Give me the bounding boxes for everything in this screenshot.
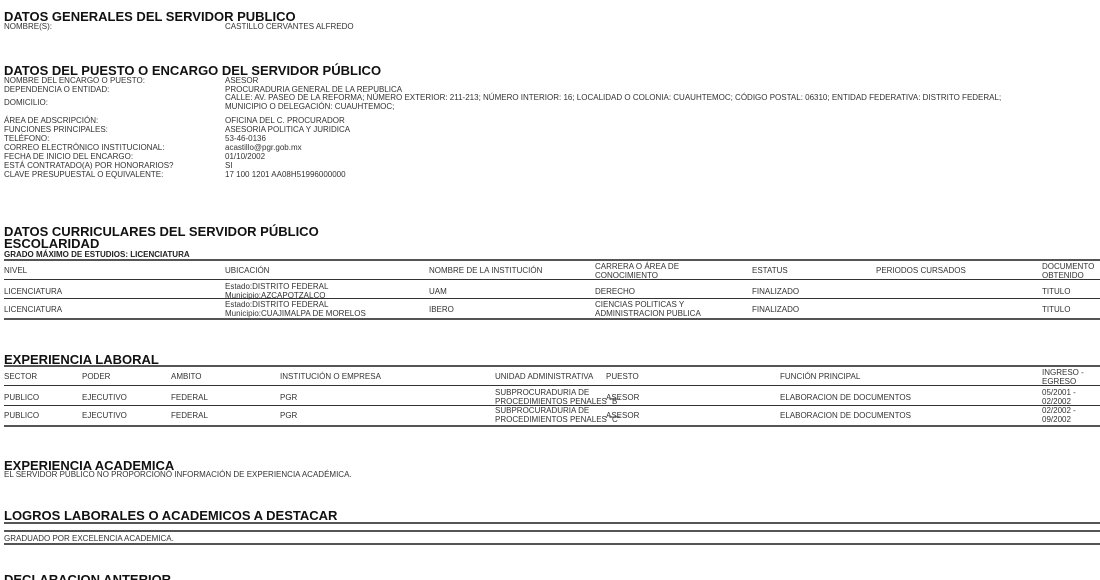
table-cell-sector: PUBLICO xyxy=(4,393,39,402)
table-cell-institucion: UAM xyxy=(429,287,447,296)
table-cell-unidad: SUBPROCURADURIA DEPROCEDIMIENTOS PENALES… xyxy=(495,406,621,424)
table-header-cell: PODER xyxy=(82,372,110,381)
table-header-cell: DOCUMENTOOBTENIDO xyxy=(1042,262,1094,280)
divider xyxy=(4,405,1100,406)
puesto-field-value: CALLE: AV. PASEO DE LA REFORMA; NÚMERO E… xyxy=(225,93,1001,102)
puesto-field-label: DOMICILIO: xyxy=(4,98,48,107)
puesto-field-value: ASESOR xyxy=(225,76,258,85)
puesto-field-value: 01/10/2002 xyxy=(225,152,265,161)
puesto-field-label: NOMBRE DEL ENCARGO O PUESTO: xyxy=(4,76,145,85)
correo-link[interactable]: acastillo@pgr.gob.mx xyxy=(225,143,302,152)
table-header-cell: PERIODOS CURSADOS xyxy=(876,266,966,275)
section-title-declaracion-anterior: DECLARACION ANTERIOR xyxy=(4,573,171,580)
table-header-cell: ESTATUS xyxy=(752,266,788,275)
table-header-cell: NOMBRE DE LA INSTITUCIÓN xyxy=(429,266,542,275)
table-cell-ambito: FEDERAL xyxy=(171,411,208,420)
divider xyxy=(4,279,1100,280)
table-cell-poder: EJECUTIVO xyxy=(82,411,127,420)
experiencia-academica-text: EL SERVIDOR PÚBLICO NO PROPORCIONÓ INFOR… xyxy=(4,470,352,479)
puesto-field-value: MUNICIPIO O DELEGACIÓN: CUAUHTEMOC; xyxy=(225,102,394,111)
table-cell-carrera: CIENCIAS POLITICAS YADMINISTRACION PUBLI… xyxy=(595,300,701,318)
divider xyxy=(4,318,1100,320)
table-cell-institucion: IBERO xyxy=(429,305,454,314)
section-title-logros: LOGROS LABORALES O ACADEMICOS A DESTACAR xyxy=(4,509,337,522)
table-header-cell: AMBITO xyxy=(171,372,202,381)
divider xyxy=(4,385,1100,386)
divider xyxy=(4,365,1100,367)
table-cell-carrera: DERECHO xyxy=(595,287,635,296)
table-header-cell: SECTOR xyxy=(4,372,37,381)
puesto-field-label: CORREO ELECTRÓNICO INSTITUCIONAL: xyxy=(4,143,164,152)
table-cell-periodo: 02/2002 -09/2002 xyxy=(1042,406,1076,424)
table-cell-documento: TITULO xyxy=(1042,287,1070,296)
table-cell-funcion: ELABORACION DE DOCUMENTOS xyxy=(780,393,911,402)
table-cell-nivel: LICENCIATURA xyxy=(4,305,62,314)
table-cell-poder: EJECUTIVO xyxy=(82,393,127,402)
table-cell-ambito: FEDERAL xyxy=(171,393,208,402)
divider xyxy=(4,522,1100,524)
table-header-cell: PUESTO xyxy=(606,372,639,381)
puesto-field-label: CLAVE PRESUPUESTAL O EQUIVALENTE: xyxy=(4,170,163,179)
puesto-field-value: 53-46-0136 xyxy=(225,134,266,143)
divider xyxy=(4,425,1100,427)
table-cell-ubicacion: Estado:DISTRITO FEDERALMunicipio:CUAJIMA… xyxy=(225,300,366,318)
grado-maximo-estudios: GRADO MÁXIMO DE ESTUDIOS: LICENCIATURA xyxy=(4,250,190,259)
table-cell-periodo: 05/2001 -02/2002 xyxy=(1042,388,1076,406)
table-cell-sector: PUBLICO xyxy=(4,411,39,420)
table-header-cell: FUNCIÓN PRINCIPAL xyxy=(780,372,860,381)
puesto-field-label: ÁREA DE ADSCRIPCIÓN: xyxy=(4,116,98,125)
logros-text: GRADUADO POR EXCELENCIA ACADEMICA. xyxy=(4,534,174,543)
table-header-cell: UNIDAD ADMINISTRATIVA xyxy=(495,372,593,381)
divider xyxy=(4,298,1100,299)
puesto-field-label: DEPENDENCIA O ENTIDAD: xyxy=(4,85,109,94)
puesto-field-value: SI xyxy=(225,161,233,170)
table-cell-institucion: PGR xyxy=(280,411,297,420)
table-cell-funcion: ELABORACION DE DOCUMENTOS xyxy=(780,411,911,420)
table-cell-nivel: LICENCIATURA xyxy=(4,287,62,296)
nombre-value: CASTILLO CERVANTES ALFREDO xyxy=(225,22,354,31)
table-cell-institucion: PGR xyxy=(280,393,297,402)
nombre-label: NOMBRE(S): xyxy=(4,22,52,31)
table-cell-documento: TITULO xyxy=(1042,305,1070,314)
table-cell-unidad: SUBPROCURADURIA DEPROCEDIMIENTOS PENALES… xyxy=(495,388,620,406)
table-cell-puesto: ASESOR xyxy=(606,411,639,420)
puesto-field-value: ASESORIA POLITICA Y JURIDICA xyxy=(225,125,350,134)
table-header-cell: UBICACIÓN xyxy=(225,266,269,275)
puesto-field-value: OFICINA DEL C. PROCURADOR xyxy=(225,116,345,125)
table-header-cell: NIVEL xyxy=(4,266,27,275)
divider xyxy=(4,259,1100,261)
table-header-cell: CARRERA O ÁREA DECONOCIMIENTO xyxy=(595,262,679,280)
divider xyxy=(4,530,1100,532)
table-header-cell: INGRESO -EGRESO xyxy=(1042,368,1084,386)
section-title-escolaridad: ESCOLARIDAD xyxy=(4,237,99,250)
puesto-field-label: FECHA DE INICIO DEL ENCARGO: xyxy=(4,152,133,161)
table-cell-puesto: ASESOR xyxy=(606,393,639,402)
table-cell-estatus: FINALIZADO xyxy=(752,287,799,296)
puesto-field-label: FUNCIONES PRINCIPALES: xyxy=(4,125,108,134)
puesto-field-value: 17 100 1201 AA08H51996000000 xyxy=(225,170,346,179)
puesto-field-label: ESTÁ CONTRATADO(A) POR HONORARIOS? xyxy=(4,161,174,170)
puesto-field-label: TELÉFONO: xyxy=(4,134,49,143)
table-cell-estatus: FINALIZADO xyxy=(752,305,799,314)
table-header-cell: INSTITUCIÓN O EMPRESA xyxy=(280,372,381,381)
divider xyxy=(4,543,1100,545)
